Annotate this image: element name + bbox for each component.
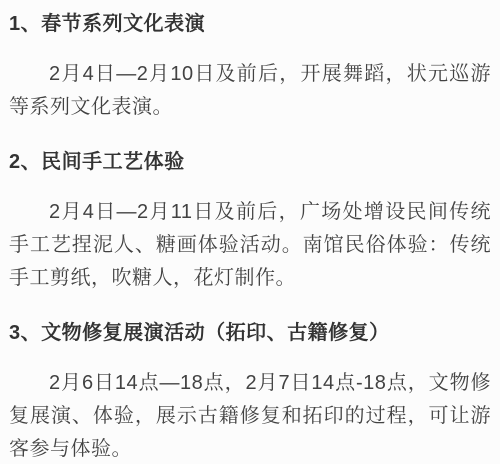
section-heading: 3、文物修复展演活动（拓印、古籍修复） — [9, 321, 491, 345]
section-paragraph: 2月4日—2月10日及前后，开展舞蹈，状元巡游等系列文化表演。 — [9, 58, 491, 124]
document-body: 1、春节系列文化表演 2月4日—2月10日及前后，开展舞蹈，状元巡游等系列文化表… — [0, 0, 500, 464]
section-heading: 1、春节系列文化表演 — [9, 12, 491, 36]
section-paragraph: 2月4日—2月11日及前后，广场处增设民间传统手工艺捏泥人、糖画体验活动。南馆民… — [9, 196, 491, 295]
section-spring-festival-performances: 1、春节系列文化表演 2月4日—2月10日及前后，开展舞蹈，状元巡游等系列文化表… — [9, 12, 491, 124]
section-heading: 2、民间手工艺体验 — [9, 150, 491, 174]
section-paragraph: 2月6日14点—18点，2月7日14点-18点，文物修复展演、体验，展示古籍修复… — [9, 367, 491, 464]
section-relic-restoration-show: 3、文物修复展演活动（拓印、古籍修复） 2月6日14点—18点，2月7日14点-… — [9, 321, 491, 464]
section-folk-handicraft-experience: 2、民间手工艺体验 2月4日—2月11日及前后，广场处增设民间传统手工艺捏泥人、… — [9, 150, 491, 295]
